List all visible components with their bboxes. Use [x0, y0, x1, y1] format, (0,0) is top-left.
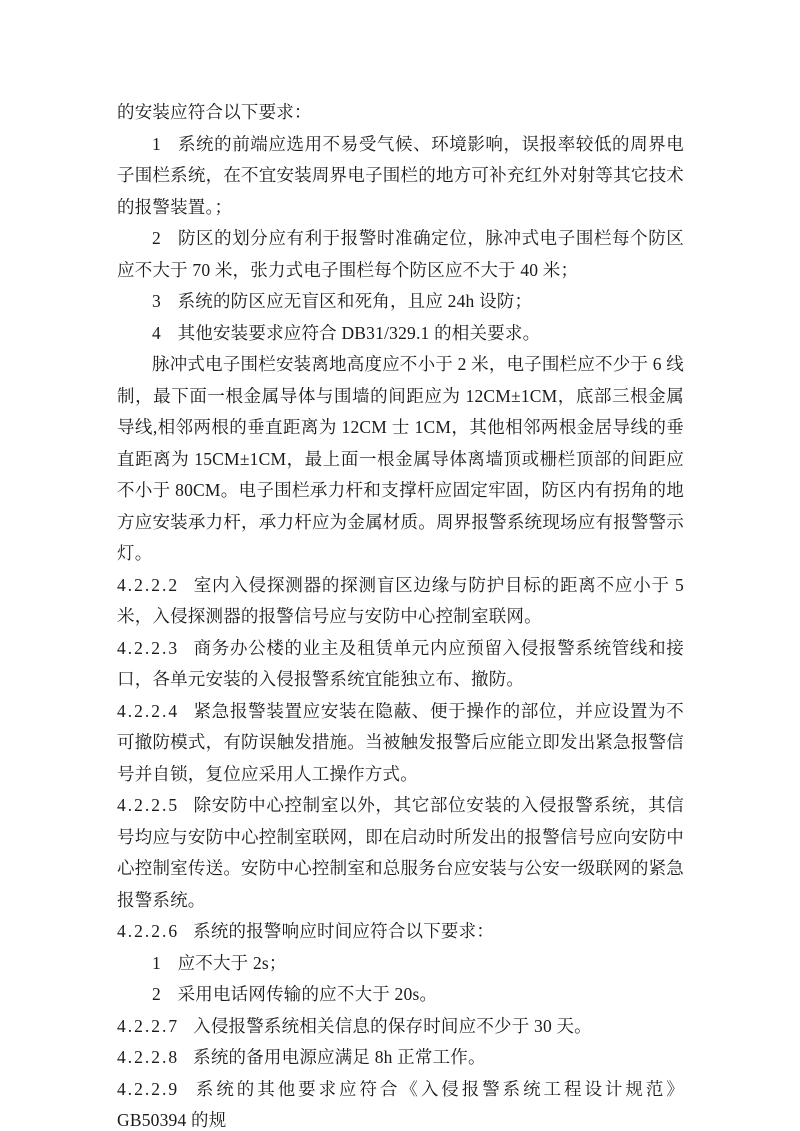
paragraph-list-item: 4其他安装要求应符合 DB31/329.1 的相关要求。: [117, 318, 684, 350]
paragraph-text: 系统的前端应选用不易受气候、环境影响，误报率较低的周界电子围栏系统，在不宜安装周…: [117, 134, 684, 217]
paragraph-text: 系统的其他要求应符合《入侵报警系统工程设计规范》GB50394 的规: [117, 1079, 684, 1131]
paragraph-number: 1: [152, 953, 161, 973]
paragraph-number: 2: [152, 228, 161, 248]
paragraph-text: 室内入侵探测器的探测盲区边缘与防护目标的距离不应小于 5 米，入侵探测器的报警信…: [117, 575, 684, 627]
paragraph-text: 除安防中心控制室以外，其它部位安装的入侵报警系统，其信号均应与安防中心控制室联网…: [117, 795, 684, 910]
paragraph-number: 4.2.2.8: [117, 1047, 179, 1067]
paragraph-body-indent: 脉冲式电子围栏安装离地高度应不小于 2 米，电子围栏应不少于 6 线制，最下面一…: [117, 349, 684, 570]
paragraph-plain: 的安装应符合以下要求：: [117, 97, 684, 129]
paragraph-number: 4.2.2.3: [117, 638, 179, 658]
paragraph-list-item: 2防区的划分应有利于报警时准确定位，脉冲式电子围栏每个防区应不大于 70 米，张…: [117, 223, 684, 286]
paragraph-section: 4.2.2.4紧急报警装置应安装在隐蔽、便于操作的部位，并应设置为不可撤防模式，…: [117, 696, 684, 791]
document-text-block: 的安装应符合以下要求： 1系统的前端应选用不易受气候、环境影响，误报率较低的周界…: [117, 97, 684, 1131]
paragraph-text: 的安装应符合以下要求：: [117, 102, 312, 122]
paragraph-list-item: 2采用电话网传输的应不大于 20s。: [117, 979, 684, 1011]
paragraph-list-item: 1系统的前端应选用不易受气候、环境影响，误报率较低的周界电子围栏系统，在不宜安装…: [117, 129, 684, 224]
paragraph-text: 系统的防区应无盲区和死角，且应 24h 设防；: [178, 291, 533, 311]
paragraph-number: 1: [152, 134, 161, 154]
paragraph-section: 4.2.2.2室内入侵探测器的探测盲区边缘与防护目标的距离不应小于 5 米，入侵…: [117, 570, 684, 633]
paragraph-section: 4.2.2.7入侵报警系统相关信息的保存时间应不少于 30 天。: [117, 1011, 684, 1043]
paragraph-text: 防区的划分应有利于报警时准确定位，脉冲式电子围栏每个防区应不大于 70 米，张力…: [117, 228, 684, 280]
paragraph-number: 4.2.2.5: [117, 795, 179, 815]
paragraph-list-item: 3系统的防区应无盲区和死角，且应 24h 设防；: [117, 286, 684, 318]
paragraph-section: 4.2.2.9系统的其他要求应符合《入侵报警系统工程设计规范》GB50394 的…: [117, 1074, 684, 1131]
paragraph-text: 入侵报警系统相关信息的保存时间应不少于 30 天。: [193, 1016, 592, 1036]
paragraph-text: 系统的报警响应时间应符合以下要求：: [193, 921, 494, 941]
paragraph-number: 3: [152, 291, 161, 311]
paragraph-number: 2: [152, 984, 161, 1004]
paragraph-text: 其他安装要求应符合 DB31/329.1 的相关要求。: [178, 323, 541, 343]
paragraph-list-item: 1应不大于 2s；: [117, 948, 684, 980]
paragraph-text: 系统的备用电源应满足 8h 正常工作。: [193, 1047, 486, 1067]
paragraph-text: 采用电话网传输的应不大于 20s。: [178, 984, 438, 1004]
paragraph-number: 4.2.2.2: [117, 575, 179, 595]
paragraph-text: 商务办公楼的业主及租赁单元内应预留入侵报警系统管线和接口，各单元安装的入侵报警系…: [117, 638, 684, 690]
paragraph-number: 4: [152, 323, 161, 343]
paragraph-number: 4.2.2.9: [117, 1079, 179, 1099]
paragraph-section: 4.2.2.8系统的备用电源应满足 8h 正常工作。: [117, 1042, 684, 1074]
paragraph-section: 4.2.2.3商务办公楼的业主及租赁单元内应预留入侵报警系统管线和接口，各单元安…: [117, 633, 684, 696]
paragraph-section: 4.2.2.6系统的报警响应时间应符合以下要求：: [117, 916, 684, 948]
paragraph-text: 紧急报警装置应安装在隐蔽、便于操作的部位，并应设置为不可撤防模式，有防误触发措施…: [117, 701, 684, 784]
paragraph-number: 4.2.2.7: [117, 1016, 179, 1036]
paragraph-number: 4.2.2.4: [117, 701, 179, 721]
paragraph-number: 4.2.2.6: [117, 921, 179, 941]
paragraph-section: 4.2.2.5除安防中心控制室以外，其它部位安装的入侵报警系统，其信号均应与安防…: [117, 790, 684, 916]
paragraph-text: 应不大于 2s；: [178, 953, 287, 973]
paragraph-text: 脉冲式电子围栏安装离地高度应不小于 2 米，电子围栏应不少于 6 线制，最下面一…: [117, 354, 684, 563]
document-page: 的安装应符合以下要求： 1系统的前端应选用不易受气候、环境影响，误报率较低的周界…: [0, 0, 800, 1131]
